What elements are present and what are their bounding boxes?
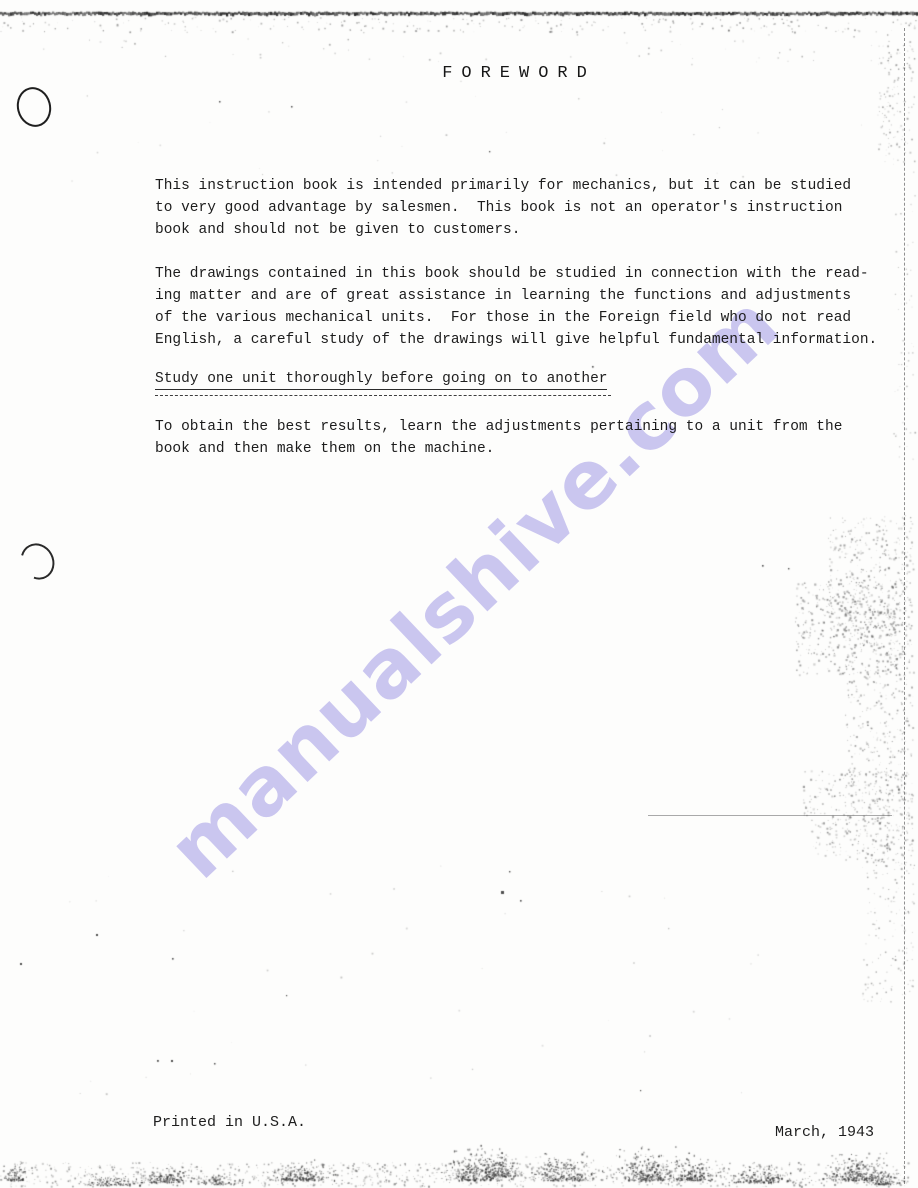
scanned-manual-page: manualshive.com FOREWORD This instructio…: [0, 0, 918, 1188]
section-heading-wrap: Study one unit thoroughly before going o…: [155, 369, 607, 389]
print-date-label: March, 1943: [775, 1124, 874, 1141]
scan-edge-vertical-line: [904, 28, 905, 1184]
paragraph-intro: This instruction book is intended primar…: [155, 175, 851, 241]
paragraph-advice: To obtain the best results, learn the ad…: [155, 416, 842, 460]
printed-in-usa-label: Printed in U.S.A.: [153, 1114, 306, 1131]
heading-second-underline: [155, 395, 611, 396]
paragraph-drawings: The drawings contained in this book shou…: [155, 263, 877, 351]
hole-punch-mark-middle: [14, 537, 61, 585]
section-heading: Study one unit thoroughly before going o…: [155, 371, 607, 390]
page-title: FOREWORD: [442, 64, 596, 84]
hole-punch-mark-top: [13, 83, 56, 130]
scan-artifact-horizontal-line: [648, 815, 892, 816]
